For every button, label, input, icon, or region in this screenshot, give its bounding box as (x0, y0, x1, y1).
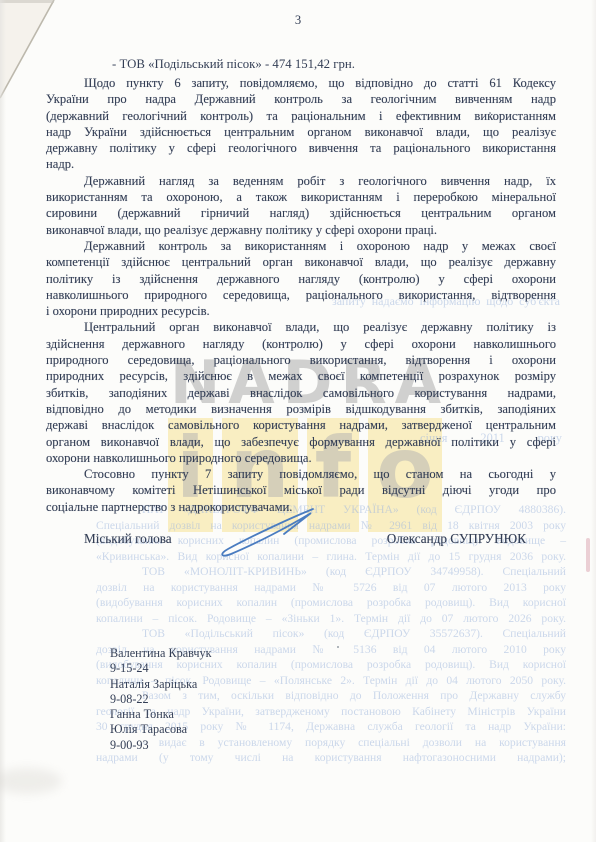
scan-speck (337, 646, 339, 648)
scan-artifact-mark (586, 538, 590, 572)
scanned-page: NADRA info запиту надаємо інформацію щод… (0, 0, 596, 842)
scan-speck (489, 112, 491, 114)
scan-edge-left (0, 0, 6, 842)
page-corner-fold (0, 0, 60, 102)
scan-edge-right (591, 0, 596, 842)
signature-ink-icon (0, 0, 596, 842)
